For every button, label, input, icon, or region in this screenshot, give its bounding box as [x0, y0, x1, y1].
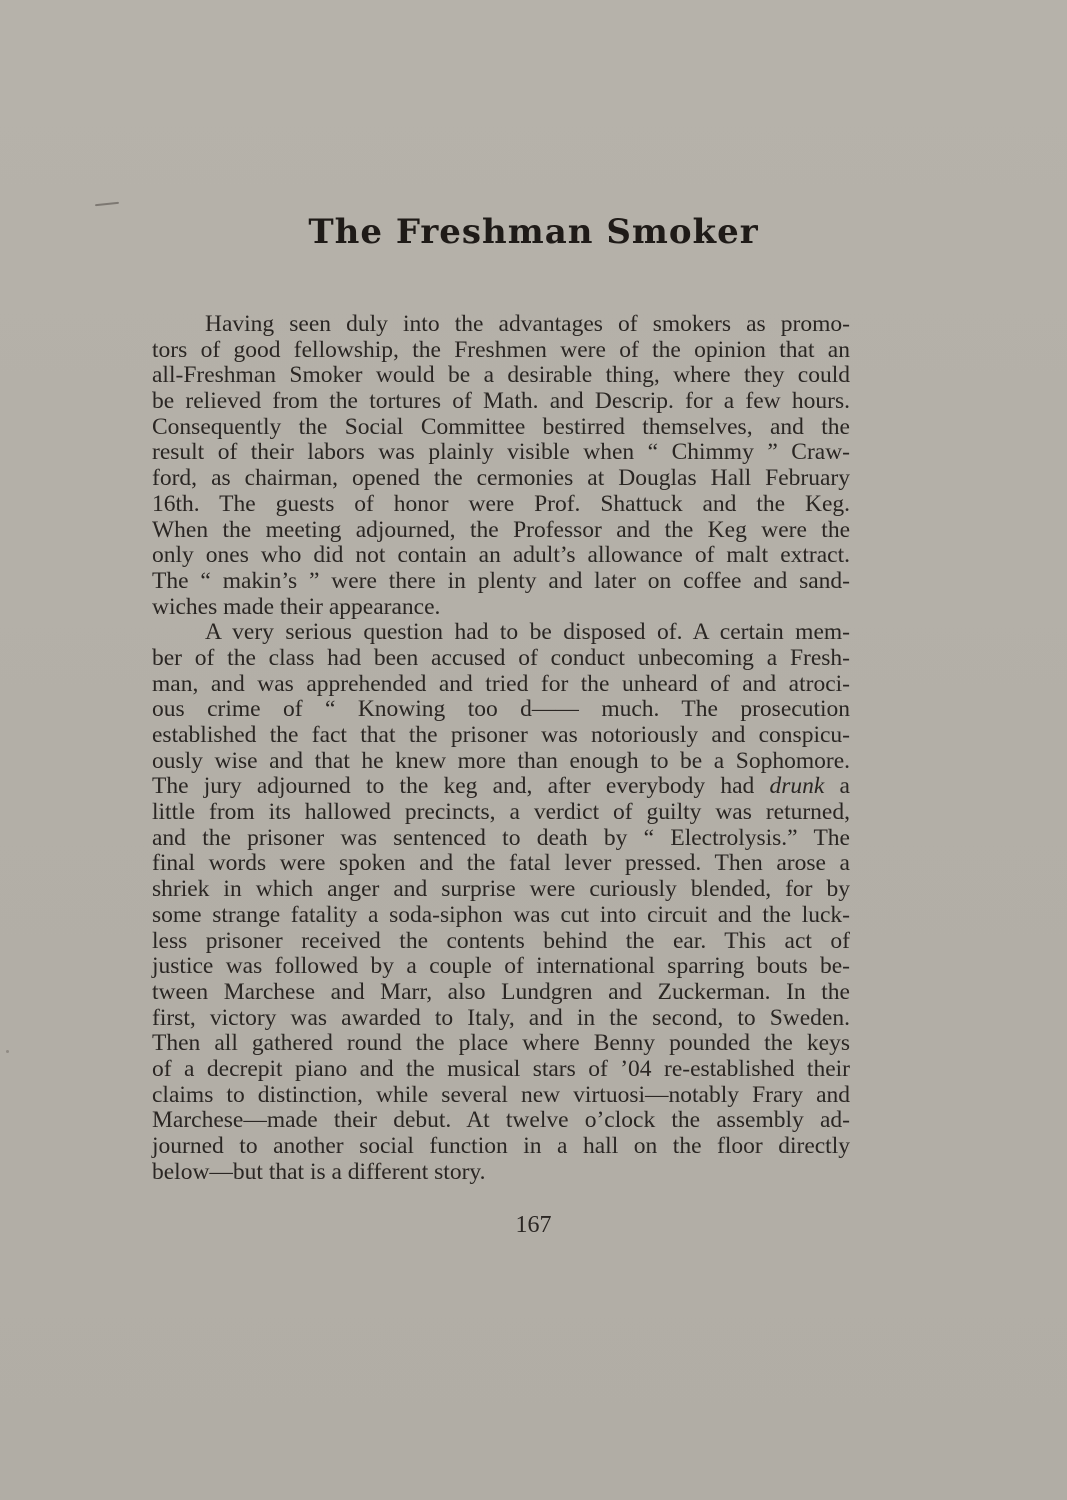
- text-line: ously wise and that he knew more than en…: [152, 749, 850, 775]
- page-title: The Freshman Smoker: [0, 212, 1067, 252]
- text-line: all-Freshman Smoker would be a desirable…: [152, 363, 850, 389]
- text-line: When the meeting adjourned, the Professo…: [152, 518, 850, 544]
- text-line: less prisoner received the contents behi…: [152, 929, 850, 955]
- page-number: 167: [0, 1212, 1067, 1239]
- text-segment: a: [824, 773, 850, 799]
- text-line: Then all gathered round the place where …: [152, 1031, 850, 1057]
- paragraph-1: Having seen duly into the advantages of …: [152, 312, 850, 620]
- text-line: journed to another social function in a …: [152, 1134, 850, 1160]
- text-line: The “ makin’s ” were there in plenty and…: [152, 569, 850, 595]
- text-line: little from its hallowed precincts, a ve…: [152, 800, 850, 826]
- text-line: result of their labors was plainly visib…: [152, 440, 850, 466]
- italic-word: drunk: [770, 773, 825, 799]
- text-line: claims to distinction, while several new…: [152, 1083, 850, 1109]
- text-line: of a decrepit piano and the musical star…: [152, 1057, 850, 1083]
- text-line: tors of good fellowship, the Freshmen we…: [152, 338, 850, 364]
- text-line: 16th. The guests of honor were Prof. Sha…: [152, 492, 850, 518]
- scan-artifact-mark: [95, 202, 119, 206]
- text-line: man, and was apprehended and tried for t…: [152, 672, 850, 698]
- text-line: Marchese—made their debut. At twelve o’c…: [152, 1108, 850, 1134]
- text-line: established the fact that the prisoner w…: [152, 723, 850, 749]
- text-line: ber of the class had been accused of con…: [152, 646, 850, 672]
- paragraph-2: A very serious question had to be dispos…: [152, 620, 850, 1185]
- text-line: ford, as chairman, opened the cermonies …: [152, 466, 850, 492]
- text-line: final words were spoken and the fatal le…: [152, 851, 850, 877]
- text-line: be relieved from the tortures of Math. a…: [152, 389, 850, 415]
- text-line: A very serious question had to be dispos…: [152, 620, 850, 646]
- text-line: Consequently the Social Committee bestir…: [152, 415, 850, 441]
- text-line: justice was followed by a couple of inte…: [152, 954, 850, 980]
- text-line: and the prisoner was sentenced to death …: [152, 826, 850, 852]
- book-page: The Freshman Smoker Having seen duly int…: [0, 0, 1067, 1500]
- article-body: Having seen duly into the advantages of …: [152, 312, 850, 1185]
- text-line-with-italic: The jury adjourned to the keg and, after…: [152, 774, 850, 800]
- text-segment: The jury adjourned to the keg and, after…: [152, 773, 770, 799]
- text-line: some strange fatality a soda-siphon was …: [152, 903, 850, 929]
- text-line: first, victory was awarded to Italy, and…: [152, 1006, 850, 1032]
- text-line: shriek in which anger and surprise were …: [152, 877, 850, 903]
- scan-artifact-dot: [6, 1050, 9, 1053]
- text-line: only ones who did not contain an adult’s…: [152, 543, 850, 569]
- text-line: ous crime of “ Knowing too d—— much. The…: [152, 697, 850, 723]
- text-line: below—but that is a different story.: [152, 1160, 850, 1186]
- text-line: Having seen duly into the advantages of …: [152, 312, 850, 338]
- text-line: wiches made their appearance.: [152, 595, 850, 621]
- text-line: tween Marchese and Marr, also Lundgren a…: [152, 980, 850, 1006]
